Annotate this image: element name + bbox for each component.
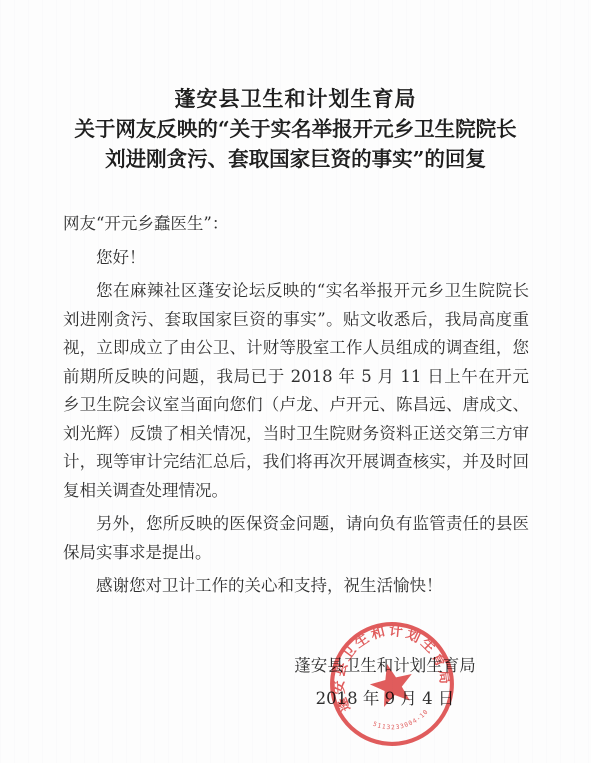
salutation: 网友“开元乡蠢医生”： [63, 210, 529, 239]
title-line-2: 关于网友反映的“关于实名举报开元乡卫生院院长 [0, 114, 591, 144]
title-line-3: 刘进刚贪污、套取国家巨资的事实”的回复 [0, 144, 591, 174]
paragraph-medical-insurance: 另外，您所反映的医保资金问题，请向负有监管责任的县医保局实事求是提出。 [63, 510, 529, 567]
paragraph-closing: 感谢您对卫计工作的关心和支持，祝生活愉快！ [63, 572, 529, 601]
signature-org: 蓬安县卫生和计划生育局 [240, 652, 530, 681]
paragraph-main: 您在麻辣社区蓬安论坛反映的“实名举报开元乡卫生院院长刘进刚贪污、套取国家巨资的事… [63, 277, 529, 505]
document-body: 网友“开元乡蠢医生”： 您好！ 您在麻辣社区蓬安论坛反映的“实名举报开元乡卫生院… [63, 205, 529, 606]
title-line-1: 蓬安县卫生和计划生育局 [0, 84, 591, 114]
paragraph-greeting: 您好！ [63, 244, 529, 273]
signature-date: 2018 年 9 月 4 日 [240, 685, 530, 714]
document-page: 蓬安县卫生和计划生育局 关于网友反映的“关于实名举报开元乡卫生院院长 刘进刚贪污… [0, 0, 591, 763]
signature-block: 蓬安县卫生和计划生育局 2018 年 9 月 4 日 [240, 652, 530, 713]
document-title: 蓬安县卫生和计划生育局 关于网友反映的“关于实名举报开元乡卫生院院长 刘进刚贪污… [0, 84, 591, 174]
